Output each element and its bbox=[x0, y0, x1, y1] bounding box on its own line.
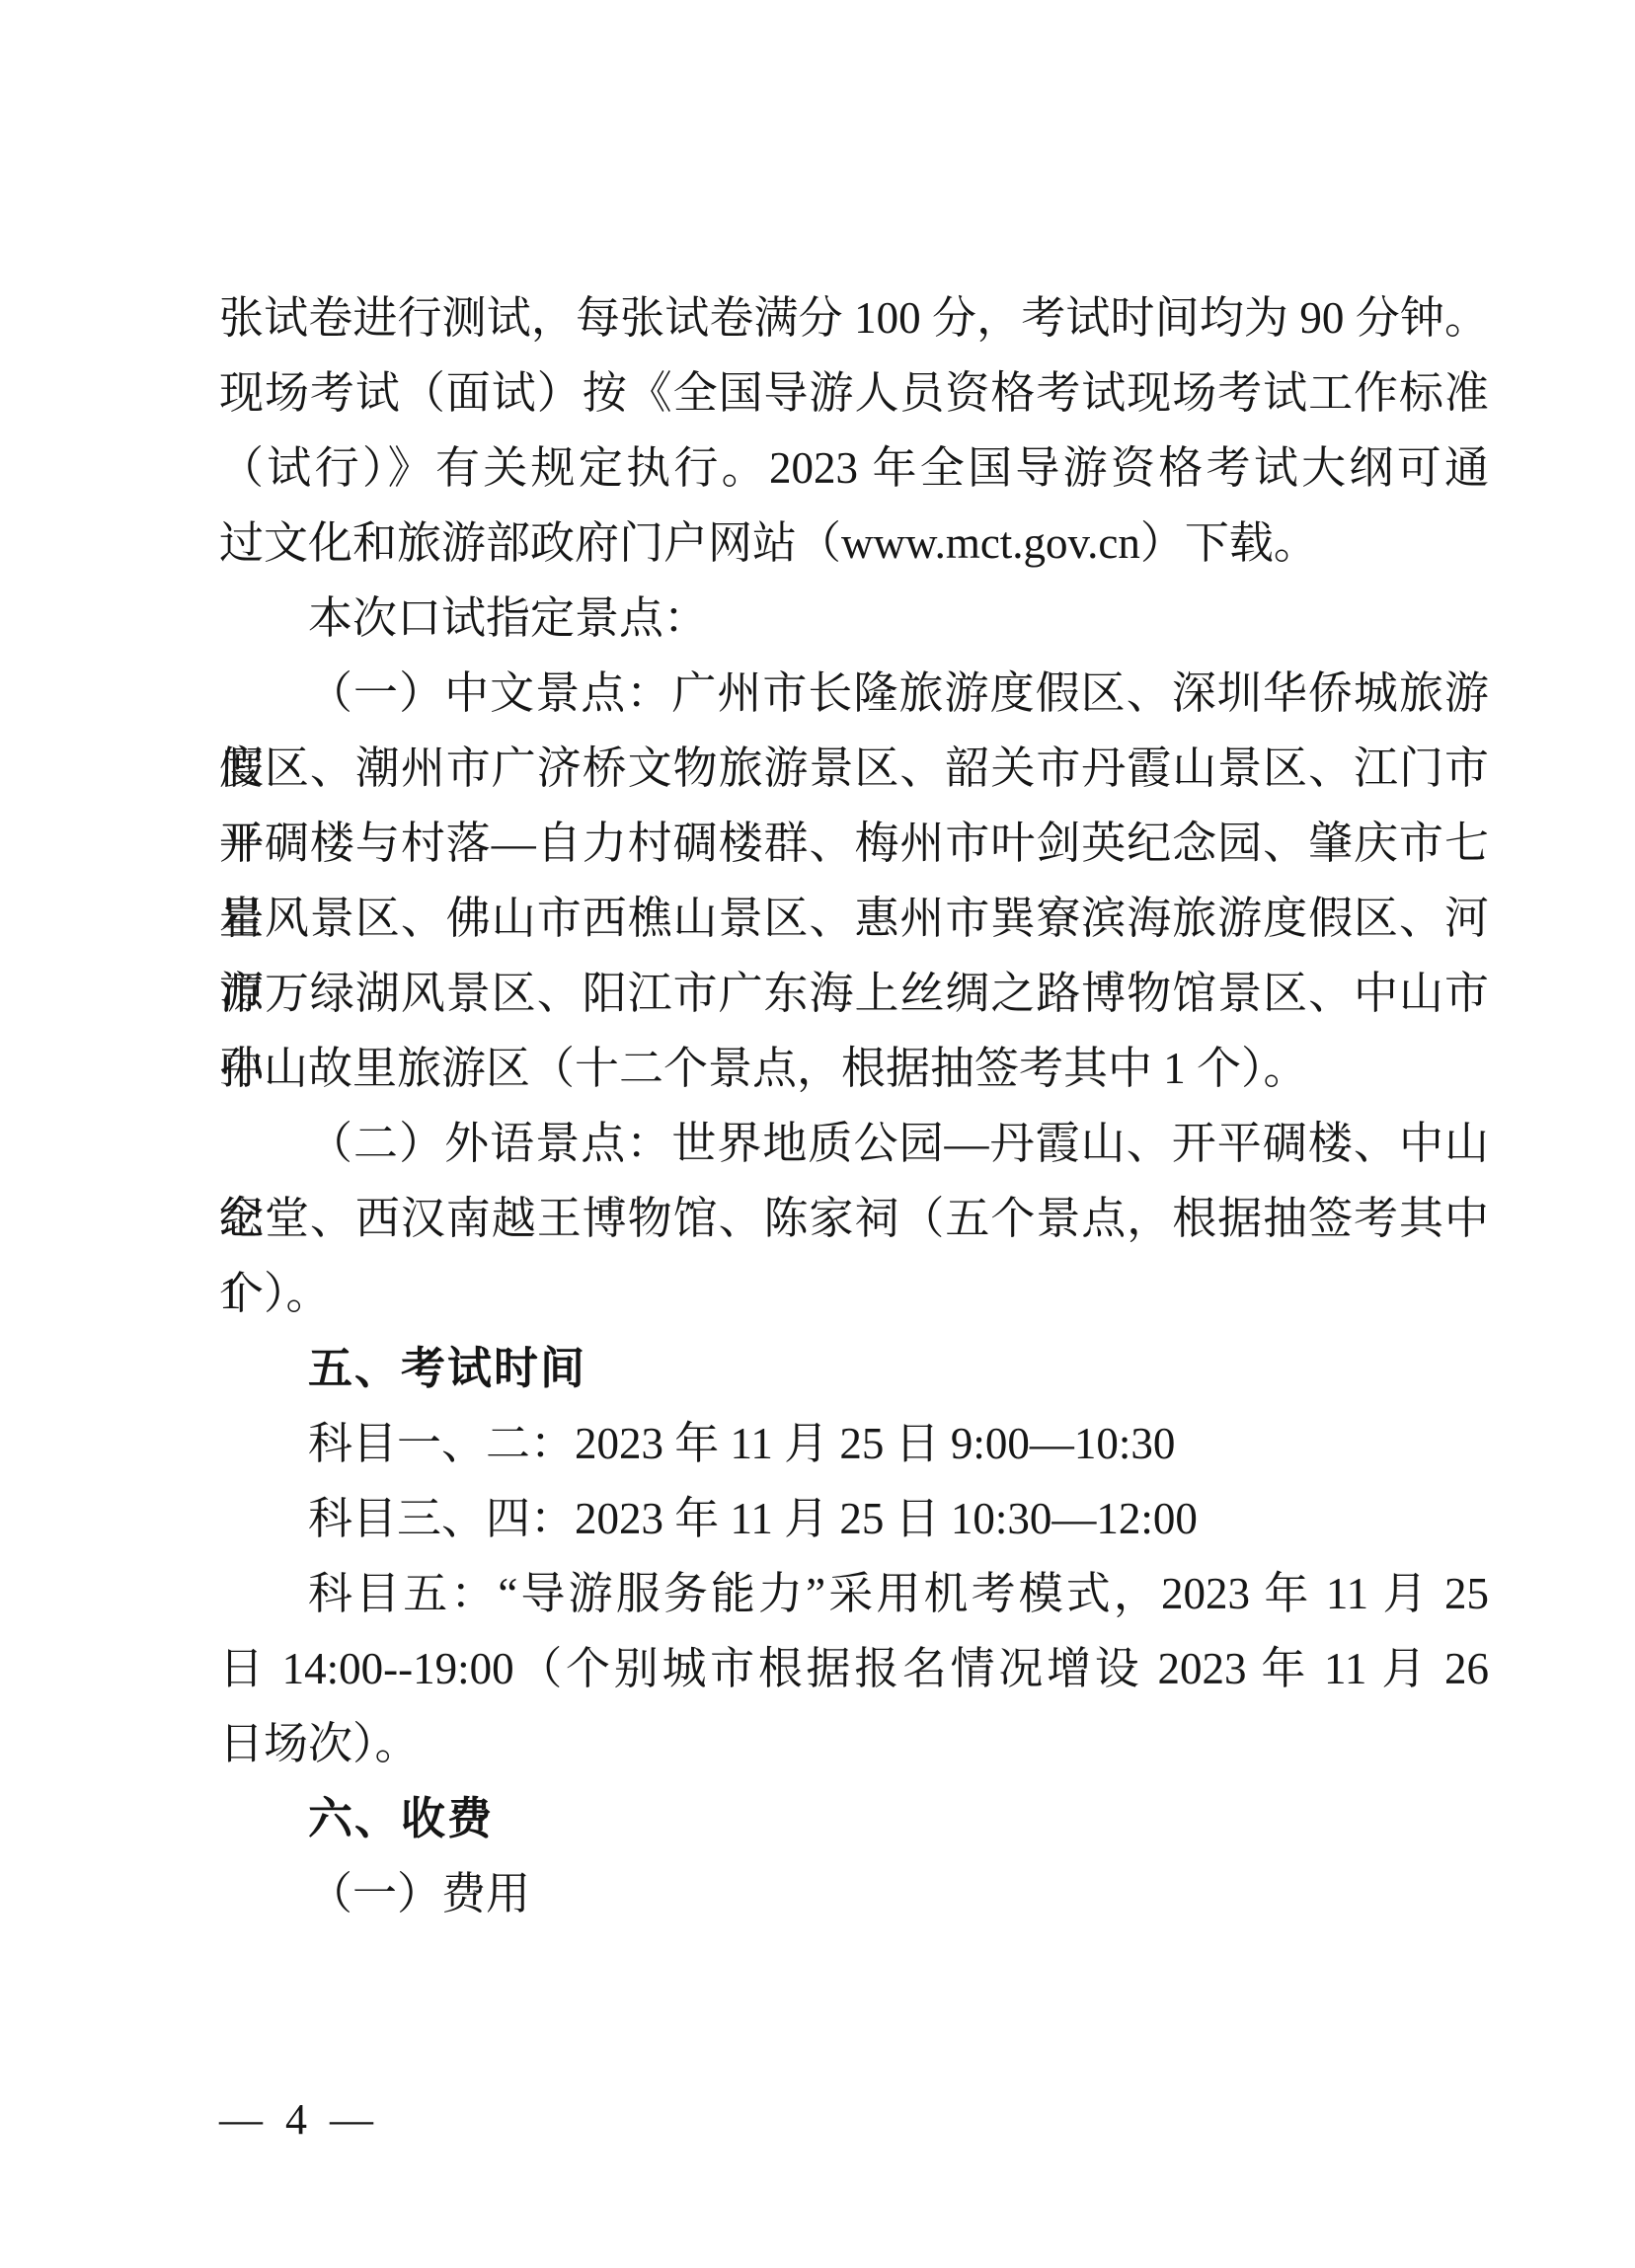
document-line: 个）。 bbox=[219, 1256, 1489, 1331]
document-line: 日 14:00--19:00（个别城市根据报名情况增设 2023 年 11 月 … bbox=[219, 1631, 1489, 1706]
document-page: 张试卷进行测试，每张试卷满分 100 分，考试时间均为 90 分钟。 现场考试（… bbox=[0, 0, 1635, 2268]
document-line: （试行）》有关规定执行。2023 年全国导游资格考试大纲可通 bbox=[219, 430, 1489, 506]
document-line: （一）费用 bbox=[219, 1856, 1489, 1931]
document-line: 平碉楼与村落—自力村碉楼群、梅州市叶剑英纪念园、肇庆市七星 bbox=[219, 806, 1489, 881]
section-heading-exam-time: 五、考试时间 bbox=[219, 1331, 1489, 1406]
document-line: 假区、潮州市广济桥文物旅游景区、韶关市丹霞山景区、江门市开 bbox=[219, 731, 1489, 806]
document-line: 市万绿湖风景区、阳江市广东海上丝绸之路博物馆景区、中山市孙 bbox=[219, 956, 1489, 1031]
document-line: 中山故里旅游区（十二个景点，根据抽签考其中 1 个）。 bbox=[219, 1031, 1489, 1106]
page-number: — 4 — bbox=[219, 2095, 379, 2145]
document-line: 日场次）。 bbox=[219, 1706, 1489, 1781]
document-line: 科目三、四：2023 年 11 月 25 日 10:30—12:00 bbox=[219, 1481, 1489, 1556]
document-line: 念堂、西汉南越王博物馆、陈家祠（五个景点，根据抽签考其中 1 bbox=[219, 1181, 1489, 1256]
document-line: （二）外语景点：世界地质公园—丹霞山、开平碉楼、中山纪 bbox=[219, 1106, 1489, 1181]
document-line: 岩风景区、佛山市西樵山景区、惠州市巽寮滨海旅游度假区、河源 bbox=[219, 881, 1489, 956]
document-line: 现场考试（面试）按《全国导游人员资格考试现场考试工作标准 bbox=[219, 355, 1489, 430]
document-line: 过文化和旅游部政府门户网站（www.mct.gov.cn）下载。 bbox=[219, 506, 1489, 581]
document-line: 科目五：“导游服务能力”采用机考模式，2023 年 11 月 25 bbox=[219, 1556, 1489, 1631]
document-body: 张试卷进行测试，每张试卷满分 100 分，考试时间均为 90 分钟。 现场考试（… bbox=[219, 280, 1489, 1931]
document-line: 本次口试指定景点： bbox=[219, 581, 1489, 656]
document-line: 张试卷进行测试，每张试卷满分 100 分，考试时间均为 90 分钟。 bbox=[219, 280, 1489, 355]
document-line: （一）中文景点：广州市长隆旅游度假区、深圳华侨城旅游度 bbox=[219, 656, 1489, 731]
document-line: 科目一、二：2023 年 11 月 25 日 9:00—10:30 bbox=[219, 1406, 1489, 1481]
section-heading-fees: 六、收费 bbox=[219, 1781, 1489, 1856]
